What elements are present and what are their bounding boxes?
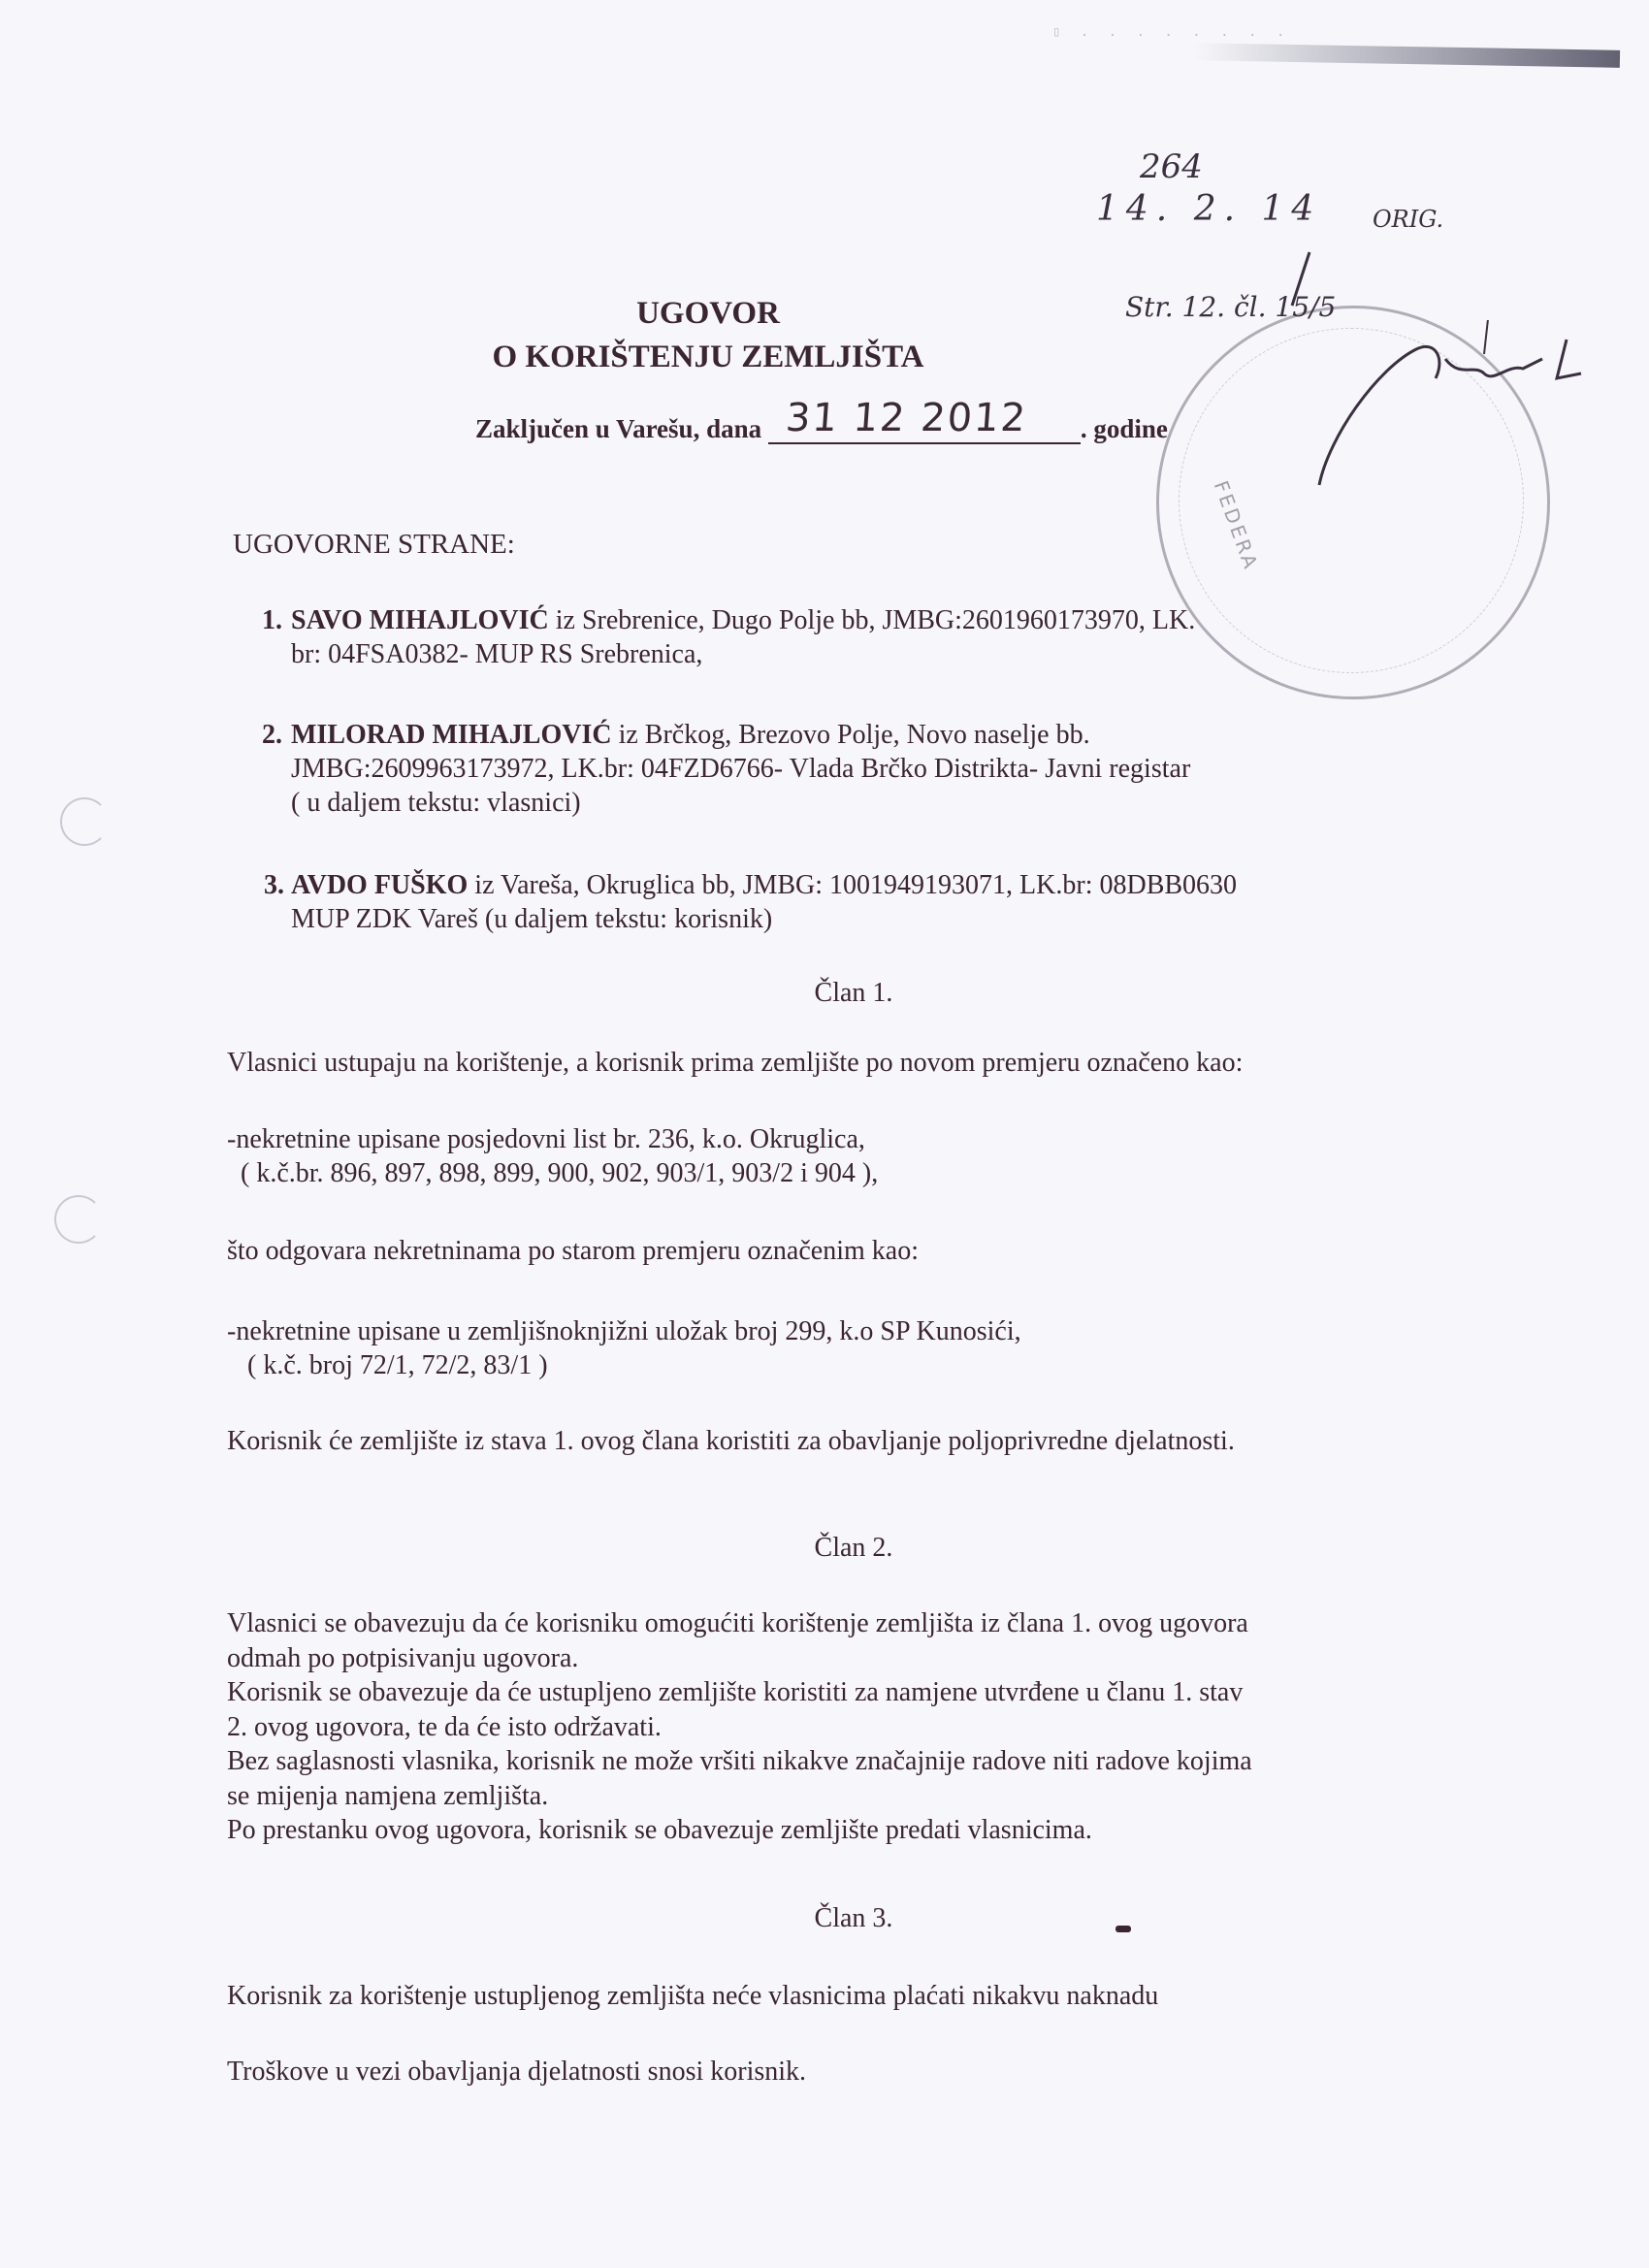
document-subtitle: O KORIŠTENJU ZEMLJIŠTA [0,340,1533,375]
party-number: 2. [262,718,282,752]
party-number: 3. [264,868,284,902]
faint-header-imprint: ▯ . . . . . . . . [1052,24,1290,40]
article-2-paragraph: Vlasnici se obavezuju da će korisniku om… [227,1606,1459,1848]
scanned-contract-page: ▯ . . . . . . . . FEDERA 264 14. 2. 14 O… [0,0,1649,2268]
party-line: MILORAD MIHAJLOVIĆ iz Brčkog, Brezovo Po… [291,720,1090,750]
party-item: 1. SAVO MIHAJLOVIĆ iz Srebrenice, Dugo P… [291,603,1455,671]
article-1-paragraph: -nekretnine upisane posjedovni list br. … [227,1122,1459,1190]
parties-heading: UGOVORNE STRANE: [233,529,515,561]
party-name: MILORAD MIHAJLOVIĆ [291,720,612,750]
article-1-paragraph: Vlasnici ustupaju na korištenje, a koris… [227,1046,1459,1080]
article-1-paragraph: što odgovara nekretninama po starom prem… [227,1234,1459,1268]
party-line: ( u daljem tekstu: vlasnici) [291,788,581,818]
handwritten-contract-date: 31 12 2012 [784,396,1028,440]
ink-blot [1115,1926,1131,1932]
handwritten-orig: ORIG. [1373,206,1443,233]
concluded-line: Zaključen u Varešu, dana 31 12 2012. god… [475,409,1168,444]
document-title: UGOVOR [0,296,1533,332]
scan-smudge [1193,43,1620,68]
party-item: 2. MILORAD MIHAJLOVIĆ iz Brčkog, Brezovo… [291,718,1455,820]
concluded-prefix: Zaključen u Varešu, dana [475,414,761,443]
party-line: JMBG:2609963173972, LK.br: 04FZD6766- Vl… [291,754,1190,784]
party-name: AVDO FUŠKO [291,870,468,900]
punch-hole-icon [60,797,109,846]
party-line: br: 04FSA0382- MUP RS Srebrenica, [291,639,702,669]
party-number: 1. [262,603,282,637]
handwritten-date: 14. 2. 14 [1096,189,1321,229]
party-line: AVDO FUŠKO iz Vareša, Okruglica bb, JMBG… [291,870,1237,900]
party-item: 3. AVDO FUŠKO iz Vareša, Okruglica bb, J… [291,868,1455,936]
party-line: MUP ZDK Vareš (u daljem tekstu: korisnik… [291,904,772,934]
article-3-paragraph: Troškove u vezi obavljanja djelatnosti s… [227,2055,1459,2089]
party-line: SAVO MIHAJLOVIĆ iz Srebrenice, Dugo Polj… [291,605,1195,635]
concluded-suffix: . godine [1081,414,1168,443]
party-name: SAVO MIHAJLOVIĆ [291,605,549,635]
punch-hole-icon [54,1195,103,1244]
article-1-heading: Član 1. [29,978,1649,1009]
article-2-heading: Član 2. [29,1533,1649,1564]
article-1-paragraph: Korisnik će zemljište iz stava 1. ovog č… [227,1424,1459,1458]
article-3-heading: Član 3. [29,1903,1649,1934]
article-3-paragraph: Korisnik za korištenje ustupljenog zemlj… [227,1979,1459,2013]
handwritten-number: 264 [1140,147,1203,186]
article-1-paragraph: -nekretnine upisane u zemljišnoknjižni u… [227,1314,1459,1382]
date-field: 31 12 2012 [768,409,1081,444]
